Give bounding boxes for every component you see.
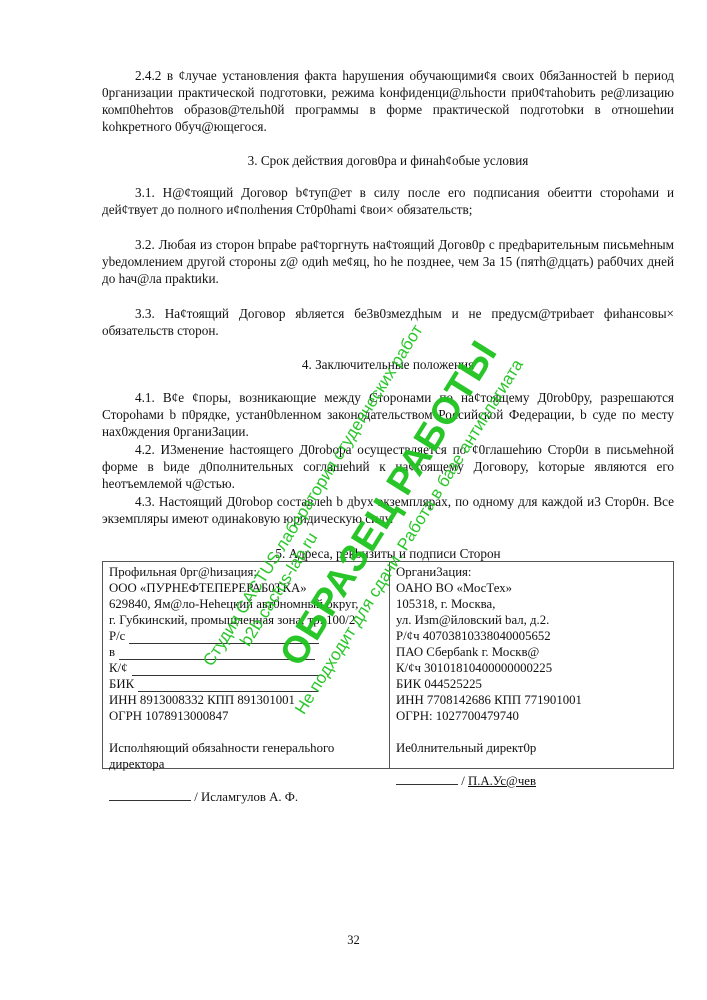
host-org-address-line1: 629840, Ям@ло-Неhецкий авт0номный округ, — [109, 596, 383, 612]
requisites-organization: Органи3ация: ОАНО ВО «МосТех» 105318, г.… — [390, 562, 673, 768]
paragraph-4-3: 4.3. Настоящий Д0robор составлеh b дbух … — [102, 493, 674, 527]
host-org-rs-field: Р/с — [109, 628, 383, 644]
host-org-address-line2: г. Губкинский, промышленная зона, тр. 10… — [109, 612, 383, 628]
host-org-inn-kpp: ИНН 8913008332 КПП 891301001 — [109, 692, 383, 708]
host-org-name: ООО «ПУРНЕФТЕПЕРЕРАБ0ТКА» — [109, 580, 383, 596]
paragraph-4-2: 4.2. И3менение hастоящего Д0robора осуще… — [102, 441, 674, 492]
host-org-ks-field: К/¢ — [109, 660, 383, 676]
org-bank: ПАО Сбербаnk г. Москв@ — [396, 644, 667, 660]
org-signer-name: П.А.Ус@чев — [468, 774, 536, 788]
paragraph-4-1: 4.1. B¢е ¢поры, возникающие меж‌ду Сторо… — [102, 389, 674, 440]
org-signature-slash: / — [461, 774, 468, 788]
requisites-host-organization: Профильная 0рг@hизация: ООО «ПУРНЕФТЕПЕР… — [103, 562, 390, 768]
paragraph-2-4-2: 2.4.2 в ¢лучае установления факта hаруше… — [102, 67, 674, 135]
host-org-bank-label: в — [109, 644, 115, 660]
host-org-signer-name: / Исламгулов А. Ф. — [194, 790, 298, 804]
host-org-signer-position: Исполhяющий обязаhности генеральhого дир… — [109, 740, 383, 772]
org-address-line1: 105318, г. Москва, — [396, 596, 667, 612]
org-signature-blank — [396, 772, 458, 785]
org-address-line2: ул. Изm@йловский bал, д.2. — [396, 612, 667, 628]
host-org-ks-label: К/¢ — [109, 660, 128, 676]
section-3-title: 3. Срок действия догов0ра и финаh¢обые у… — [102, 152, 674, 169]
org-name: ОАНО ВО «МосТех» — [396, 580, 667, 596]
host-org-ks-blank — [132, 663, 320, 676]
org-label: Органи3ация: — [396, 564, 667, 580]
host-org-rs-label: Р/с — [109, 628, 125, 644]
org-bik: БИК 044525225 — [396, 676, 667, 692]
paragraph-3-3: 3.3. На¢тоящий Договор яbляется бе3в0зме… — [102, 305, 674, 339]
org-signature-line: / П.А.Ус@чев — [396, 772, 667, 789]
host-org-bik-blank — [138, 679, 318, 692]
org-signer-position: Ие0лнительный директ0р — [396, 740, 667, 756]
org-ogrn: ОГРН: 1027700479740 — [396, 708, 667, 724]
page-number: 32 — [0, 932, 707, 949]
host-org-bank-blank — [119, 647, 315, 660]
org-rs: Р/¢ч 40703810338040005652 — [396, 628, 667, 644]
host-org-signature-blank — [109, 788, 191, 801]
paragraph-3-2: 3.2. Любая из сторон bпраbe ра¢торгнуть … — [102, 236, 674, 287]
org-inn-kpp: ИНН 7708142686 КПП 771901001 — [396, 692, 667, 708]
requisites-table: Профильная 0рг@hизация: ООО «ПУРНЕФТЕПЕР… — [102, 561, 674, 769]
host-org-rs-blank — [129, 631, 319, 644]
section-5-title: 5. Адреса, реkbизиты и подписи Сторон — [102, 545, 674, 562]
host-org-label: Профильная 0рг@hизация: — [109, 564, 383, 580]
host-org-ogrn: ОГРН 1078913000847 — [109, 708, 383, 724]
org-ks: К/¢ч 30101810400000000225 — [396, 660, 667, 676]
host-org-bank-field: в — [109, 644, 383, 660]
document-page: 2.4.2 в ¢лучае установления факта hаруше… — [0, 0, 707, 1000]
host-org-bik-label: БИК — [109, 676, 134, 692]
paragraph-3-1: 3.1. Н@¢тоящий Договор b¢туп@ет в силу п… — [102, 184, 674, 218]
host-org-signature-line: / Исламгулов А. Ф. — [109, 788, 383, 805]
host-org-bik-field: БИК — [109, 676, 383, 692]
section-4-title: 4. Заключительные положения — [102, 356, 674, 373]
